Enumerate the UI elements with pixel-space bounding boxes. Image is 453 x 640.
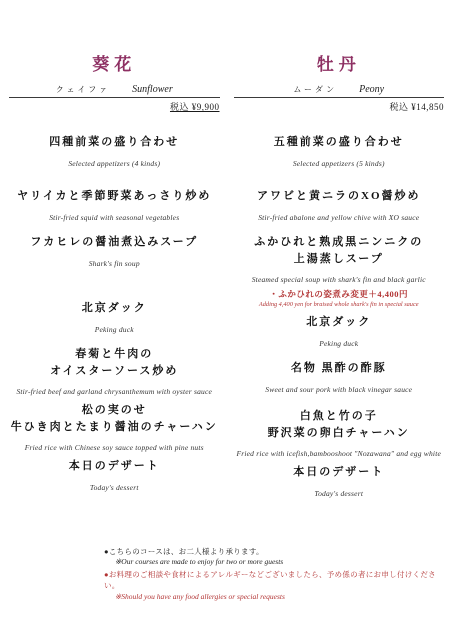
item-title-jp: 本日のデザート — [9, 458, 220, 475]
menu-item: 名物 黒酢の酢豚 Sweet and sour pork with black … — [234, 354, 445, 402]
menu-item: 北京ダック Peking duck — [9, 294, 220, 340]
menu-item: アワビと黄ニラのXO醤炒め Stir-fried abalone and yel… — [234, 182, 445, 228]
course-name-en: Peony — [359, 84, 384, 95]
menu-item: 本日のデザート Today's dessert — [9, 452, 220, 492]
price-text: 税込 ¥14,850 — [389, 102, 444, 112]
item-subtitle-en: Sweet and sour pork with black vinegar s… — [234, 385, 445, 394]
menu-item: 白魚と竹の子 野沢菜の卵白チャーハン Fried rice with icefi… — [234, 402, 445, 458]
footer-note: ●こちらのコースは、お二人様より承ります。 ※Our courses are m… — [104, 546, 449, 568]
footer-notes: ●こちらのコースは、お二人様より承ります。 ※Our courses are m… — [104, 546, 449, 604]
course-column-peony: 五種前菜の盛り合わせ Selected appetizers (5 kinds)… — [234, 128, 445, 498]
course-title: 牡丹 — [234, 50, 445, 75]
item-note-en: Adding 4,400 yen for braised whole shark… — [234, 301, 445, 308]
item-subtitle-en: Selected appetizers (4 kinds) — [9, 159, 220, 168]
item-title-jp: 北京ダック — [234, 314, 445, 331]
footer-note-jp: ●こちらのコースは、お二人様より承ります。 — [104, 546, 449, 557]
item-subtitle-en: Peking duck — [234, 339, 445, 348]
item-title-jp: 名物 黒酢の酢豚 — [234, 360, 445, 377]
item-note-jp: ・ふかひれの姿煮み変更＋4,400円 — [234, 288, 445, 300]
item-subtitle-en: Stir-fried abalone and yellow chive with… — [234, 213, 445, 222]
menu-item: ヤリイカと季節野菜あっさり炒め Stir-fried squid with se… — [9, 182, 220, 228]
course-name-en: Sunflower — [132, 84, 173, 95]
menu-items: 四種前菜の盛り合わせ Selected appetizers (4 kinds)… — [9, 128, 444, 498]
item-title-jp: ヤリイカと季節野菜あっさり炒め — [9, 188, 220, 205]
item-subtitle-en: Fried rice with Chinese soy sauce topped… — [9, 443, 220, 452]
price-text: 税込 ¥9,900 — [170, 102, 220, 112]
item-subtitle-en: Today's dessert — [9, 483, 220, 492]
footer-note-en: ※Our courses are made to enjoy for two o… — [115, 557, 449, 568]
course-title: 葵花 — [9, 50, 220, 75]
item-subtitle-en: Stir-fried squid with seasonal vegetable… — [9, 213, 220, 222]
item-subtitle-en: Peking duck — [9, 325, 220, 334]
item-title-jp: 五種前菜の盛り合わせ — [234, 134, 445, 151]
course-subrow: ムーダン Peony — [234, 84, 445, 98]
item-subtitle-en: Stir-fried beef and garland chrysanthemu… — [9, 387, 220, 396]
menu-item: 松の実のせ 牛ひき肉とたまり醤油のチャーハン Fried rice with C… — [9, 396, 220, 452]
course-price: 税込 ¥14,850 — [234, 100, 445, 113]
course-headers: 葵花 クェイファ Sunflower 税込 ¥9,900 牡丹 ムーダン Peo… — [9, 50, 444, 113]
footer-note-allergy: ●お料理のご相談や食材によるアレルギーなどございましたら、予め係の者にお申し付け… — [104, 569, 449, 602]
menu-item: 本日のデザート Today's dessert — [234, 458, 445, 498]
item-title-jp: 松の実のせ 牛ひき肉とたまり醤油のチャーハン — [9, 402, 220, 435]
item-subtitle-en: Selected appetizers (5 kinds) — [234, 159, 445, 168]
item-title-jp: 白魚と竹の子 野沢菜の卵白チャーハン — [234, 408, 445, 441]
menu-item: フカヒレの醤油煮込みスープ Shark's fin soup — [9, 228, 220, 294]
item-title-jp: 北京ダック — [9, 300, 220, 317]
course-column-sunflower: 四種前菜の盛り合わせ Selected appetizers (4 kinds)… — [9, 128, 220, 498]
item-title-jp: フカヒレの醤油煮込みスープ — [9, 234, 220, 251]
item-title-jp: 四種前菜の盛り合わせ — [9, 134, 220, 151]
item-title-jp: ふかひれと熟成黒ニンニクの 上湯蒸しスープ — [234, 234, 445, 267]
course-header-sunflower: 葵花 クェイファ Sunflower 税込 ¥9,900 — [9, 50, 220, 113]
item-subtitle-en: Shark's fin soup — [9, 259, 220, 268]
item-title-jp: アワビと黄ニラのXO醤炒め — [234, 188, 445, 205]
menu-page: 葵花 クェイファ Sunflower 税込 ¥9,900 牡丹 ムーダン Peo… — [0, 0, 453, 640]
course-subrow: クェイファ Sunflower — [9, 84, 220, 98]
course-header-peony: 牡丹 ムーダン Peony 税込 ¥14,850 — [234, 50, 445, 113]
item-title-jp: 春菊と牛肉の オイスターソース炒め — [9, 346, 220, 379]
item-subtitle-en: Today's dessert — [234, 489, 445, 498]
menu-item: ふかひれと熟成黒ニンニクの 上湯蒸しスープ Steamed special so… — [234, 228, 445, 308]
item-subtitle-en: Steamed special soup with shark's fin an… — [234, 275, 445, 284]
menu-item: 北京ダック Peking duck — [234, 308, 445, 354]
course-kana: クェイファ — [56, 84, 110, 95]
menu-item: 五種前菜の盛り合わせ Selected appetizers (5 kinds) — [234, 128, 445, 182]
menu-item: 春菊と牛肉の オイスターソース炒め Stir-fried beef and ga… — [9, 340, 220, 396]
course-kana: ムーダン — [293, 84, 337, 95]
item-subtitle-en: Fried rice with icefish,bambooshoot "Noz… — [234, 449, 445, 458]
footer-note-jp: ●お料理のご相談や食材によるアレルギーなどございましたら、予め係の者にお申し付け… — [104, 569, 449, 592]
item-title-jp: 本日のデザート — [234, 464, 445, 481]
menu-item: 四種前菜の盛り合わせ Selected appetizers (4 kinds) — [9, 128, 220, 182]
course-price: 税込 ¥9,900 — [9, 100, 220, 113]
footer-note-en: ※Should you have any food allergies or s… — [115, 592, 449, 603]
